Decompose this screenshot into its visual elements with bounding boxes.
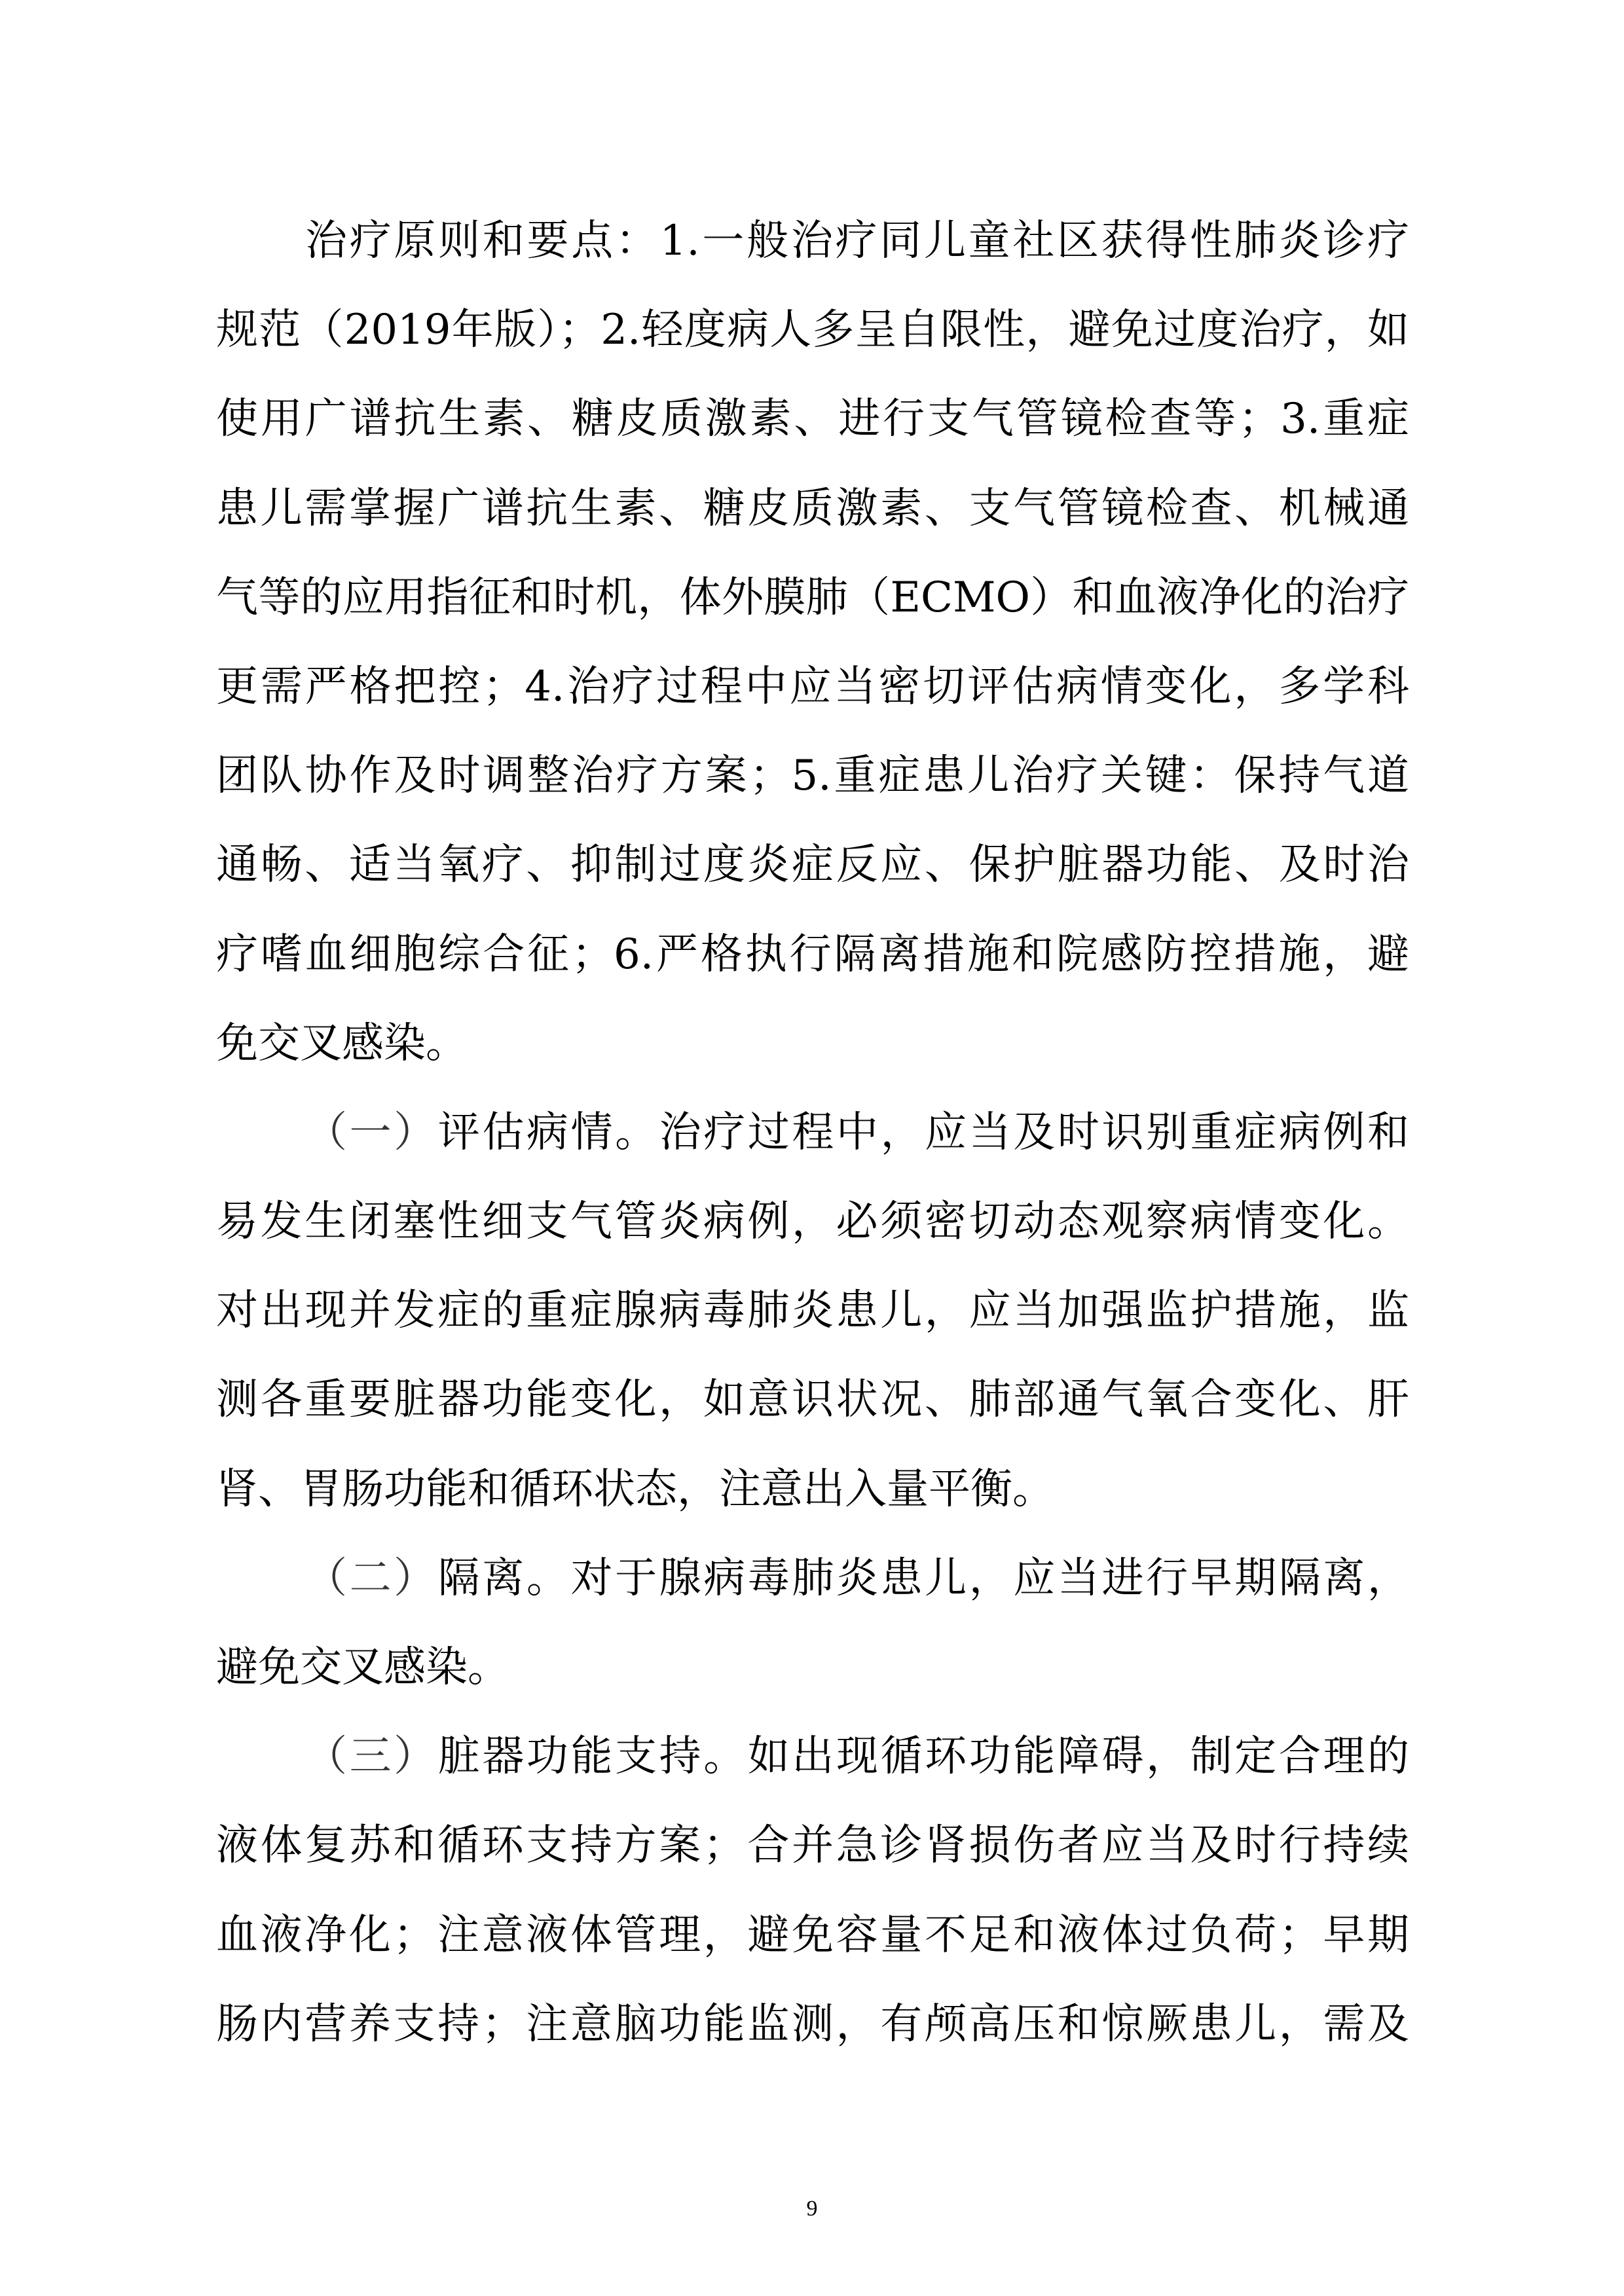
paragraph-isolation: （二）隔离。对于腺病毒肺炎患儿，应当进行早期隔离， 避免交叉感染。 xyxy=(216,1534,1409,1712)
text-line: （三）脏器功能支持。如出现循环功能障碍，制定合理的 xyxy=(216,1712,1409,1801)
text-line: （二）隔离。对于腺病毒肺炎患儿，应当进行早期隔离， xyxy=(216,1534,1409,1623)
text-line: 液体复苏和循环支持方案；合并急诊肾损伤者应当及时行持续 xyxy=(216,1801,1409,1890)
section-label: （二） xyxy=(305,1554,438,1603)
text-line: 患儿需掌握广谱抗生素、糖皮质激素、支气管镜检查、机械通 xyxy=(216,464,1409,553)
text-line: （一）评估病情。治疗过程中，应当及时识别重症病例和 xyxy=(216,1088,1409,1177)
text-line: 测各重要脏器功能变化，如意识状况、肺部通气氧合变化、肝 xyxy=(216,1355,1409,1444)
text-line: 避免交叉感染。 xyxy=(216,1623,1409,1712)
text-line-content: 隔离。对于腺病毒肺炎患儿，应当进行早期隔离， xyxy=(438,1554,1409,1603)
text-line-content: 评估病情。治疗过程中，应当及时识别重症病例和 xyxy=(438,1108,1409,1157)
paragraph-assess-condition: （一）评估病情。治疗过程中，应当及时识别重症病例和 易发生闭塞性细支气管炎病例，… xyxy=(216,1088,1409,1534)
text-line: 肾、胃肠功能和循环状态，注意出入量平衡。 xyxy=(216,1445,1409,1534)
section-label: （一） xyxy=(305,1108,438,1157)
body-text: 治疗原则和要点：1.一般治疗同儿童社区获得性肺炎诊疗 规范（2019年版）；2.… xyxy=(216,196,1409,2069)
text-line: 免交叉感染。 xyxy=(216,999,1409,1088)
text-line-content: 脏器功能支持。如出现循环功能障碍，制定合理的 xyxy=(438,1732,1409,1781)
page-number: 9 xyxy=(779,2196,845,2221)
text-line: 易发生闭塞性细支气管炎病例，必须密切动态观察病情变化。 xyxy=(216,1177,1409,1266)
text-line: 使用广谱抗生素、糖皮质激素、进行支气管镜检查等；3.重症 xyxy=(216,374,1409,464)
text-line: 气等的应用指征和时机，体外膜肺（ECMO）和血液净化的治疗 xyxy=(216,553,1409,642)
paragraph-organ-support: （三）脏器功能支持。如出现循环功能障碍，制定合理的 液体复苏和循环支持方案；合并… xyxy=(216,1712,1409,2069)
text-line: 治疗原则和要点：1.一般治疗同儿童社区获得性肺炎诊疗 xyxy=(216,196,1409,285)
text-line: 对出现并发症的重症腺病毒肺炎患儿，应当加强监护措施，监 xyxy=(216,1266,1409,1355)
paragraph-treatment-principles: 治疗原则和要点：1.一般治疗同儿童社区获得性肺炎诊疗 规范（2019年版）；2.… xyxy=(216,196,1409,1088)
text-line: 更需严格把控；4.治疗过程中应当密切评估病情变化，多学科 xyxy=(216,642,1409,731)
document-page: 治疗原则和要点：1.一般治疗同儿童社区获得性肺炎诊疗 规范（2019年版）；2.… xyxy=(0,0,1624,2296)
text-line: 疗嗜血细胞综合征；6.严格执行隔离措施和院感防控措施，避 xyxy=(216,910,1409,999)
text-line: 团队协作及时调整治疗方案；5.重症患儿治疗关键：保持气道 xyxy=(216,731,1409,820)
text-line: 通畅、适当氧疗、抑制过度炎症反应、保护脏器功能、及时治 xyxy=(216,820,1409,909)
text-line: 规范（2019年版）；2.轻度病人多呈自限性，避免过度治疗，如 xyxy=(216,285,1409,374)
text-line: 血液净化；注意液体管理，避免容量不足和液体过负荷；早期 xyxy=(216,1891,1409,1980)
section-label: （三） xyxy=(305,1732,438,1781)
text-line: 肠内营养支持；注意脑功能监测，有颅高压和惊厥患儿，需及 xyxy=(216,1980,1409,2069)
